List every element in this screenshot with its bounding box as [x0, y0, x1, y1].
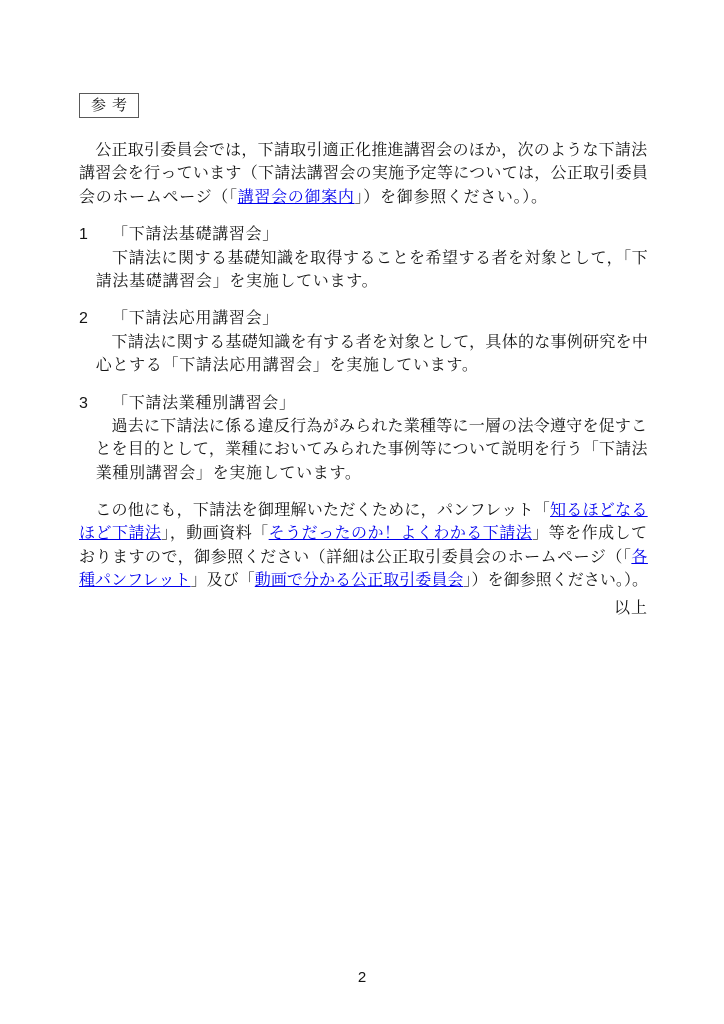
item-1-number: 1: [79, 223, 112, 246]
inline-link[interactable]: そうだったのか！よくわかる下請法: [269, 525, 533, 542]
text-run: 」，動画資料「: [161, 525, 268, 542]
inline-link[interactable]: 種パンフレット: [79, 572, 191, 589]
text-run: おりますので，御参照ください（詳細は公正取引委員会のホームページ（「: [79, 549, 631, 566]
text-line: この他にも，下請法を御理解いただくために，パンフレット「知るほどなる: [79, 499, 648, 522]
text-line: 業種別講習会」を実施しています。: [79, 462, 648, 485]
text-run: 」）を御参照ください。）。: [463, 572, 648, 589]
item-2-body: 下請法に関する基礎知識を有する者を対象として，具体的な事例研究を中 心とする「下…: [79, 331, 648, 378]
text-line: 下請法に関する基礎知識を取得することを希望する者を対象として，「下: [79, 247, 648, 270]
intro-paragraph: 公正取引委員会では，下請取引適正化推進講習会のほか，次のような下請法講習会を行っ…: [79, 139, 648, 209]
text-run: この他にも，下請法を御理解いただくために，パンフレット「: [79, 502, 550, 519]
item-1-heading: 1 「下請法基礎講習会」: [79, 223, 648, 246]
text-line: 種パンフレット」及び「動画で分かる公正取引委員会」）を御参照ください。）。: [79, 569, 648, 592]
text-line: 心とする「下請法応用講習会」を実施しています。: [79, 354, 648, 377]
item-3: 3 「下請法業種別講習会」 過去に下請法に係る違反行為がみられた業種等に一層の法…: [79, 392, 648, 486]
item-2: 2 「下請法応用講習会」 下請法に関する基礎知識を有する者を対象として，具体的な…: [79, 307, 648, 377]
text-line: とを目的として，業種においてみられた事例等について説明を行う「下請法: [79, 438, 648, 461]
item-3-body: 過去に下請法に係る違反行為がみられた業種等に一層の法令遵守を促すこ とを目的とし…: [79, 415, 648, 485]
text-run: 」等を作成して: [532, 525, 647, 542]
text-run: 公正取引委員会では，下請取引適正化推進講習会のほか，次のような下請法: [79, 142, 647, 159]
item-3-heading: 3 「下請法業種別講習会」: [79, 392, 648, 415]
inline-link[interactable]: ほど下請法: [79, 525, 161, 542]
inline-link[interactable]: 知るほどなる: [550, 502, 648, 519]
document-page: 参考 公正取引委員会では，下請取引適正化推進講習会のほか，次のような下請法講習会…: [0, 0, 724, 1024]
text-line: 請法基礎講習会」を実施しています。: [79, 270, 648, 293]
text-line: おりますので，御参照ください（詳細は公正取引委員会のホームページ（「各: [79, 546, 648, 569]
document-content: 参考 公正取引委員会では，下請取引適正化推進講習会のほか，次のような下請法講習会…: [79, 93, 648, 620]
text-run: 」）を御参照ください。）。: [355, 189, 548, 206]
text-run: 講習会を行っています（下請法講習会の実施予定等については，公正取引委員: [79, 165, 648, 182]
item-1: 1 「下請法基礎講習会」 下請法に関する基礎知識を取得することを希望する者を対象…: [79, 223, 648, 293]
text-line: ほど下請法」，動画資料「そうだったのか！よくわかる下請法」等を作成して: [79, 522, 648, 545]
text-line: 下請法に関する基礎知識を有する者を対象として，具体的な事例研究を中: [79, 331, 648, 354]
outro-paragraph: この他にも，下請法を御理解いただくために，パンフレット「知るほどなるほど下請法」…: [79, 499, 648, 593]
item-1-title: 「下請法基礎講習会」: [112, 223, 279, 246]
text-run: 心とする「下請法応用講習会」を実施しています。: [79, 357, 479, 374]
inline-link[interactable]: 動画で分かる公正取引委員会: [255, 572, 464, 589]
inline-link[interactable]: 各: [631, 549, 648, 566]
text-line: 公正取引委員会では，下請取引適正化推進講習会のほか，次のような下請法: [79, 139, 648, 162]
text-line: 講習会を行っています（下請法講習会の実施予定等については，公正取引委員: [79, 162, 648, 185]
reference-label: 参考: [91, 97, 133, 114]
text-line: 過去に下請法に係る違反行為がみられた業種等に一層の法令遵守を促すこ: [79, 415, 648, 438]
item-3-title: 「下請法業種別講習会」: [112, 392, 296, 415]
item-2-title: 「下請法応用講習会」: [112, 307, 279, 330]
text-run: とを目的として，業種においてみられた事例等について説明を行う「下請法: [79, 441, 648, 458]
item-2-heading: 2 「下請法応用講習会」: [79, 307, 648, 330]
text-run: 下請法に関する基礎知識を取得することを希望する者を対象として，「下: [79, 250, 648, 267]
text-line: 会のホームページ（「講習会の御案内」）を御参照ください。）。: [79, 186, 648, 209]
text-run: 」及び「: [191, 572, 255, 589]
text-run: 過去に下請法に係る違反行為がみられた業種等に一層の法令遵守を促すこ: [79, 418, 647, 435]
closing-text: 以上: [79, 597, 648, 620]
text-run: 下請法に関する基礎知識を有する者を対象として，具体的な事例研究を中: [79, 334, 648, 351]
item-2-number: 2: [79, 307, 112, 330]
page-number: 2: [0, 969, 724, 986]
text-run: 業種別講習会」を実施しています。: [79, 465, 362, 482]
item-1-body: 下請法に関する基礎知識を取得することを希望する者を対象として，「下 請法基礎講習…: [79, 247, 648, 294]
item-3-number: 3: [79, 392, 112, 415]
inline-link[interactable]: 講習会の御案内: [238, 189, 355, 206]
text-run: 請法基礎講習会」を実施しています。: [79, 273, 378, 290]
reference-box: 参考: [79, 93, 139, 118]
text-run: 会のホームページ（「: [79, 189, 238, 206]
